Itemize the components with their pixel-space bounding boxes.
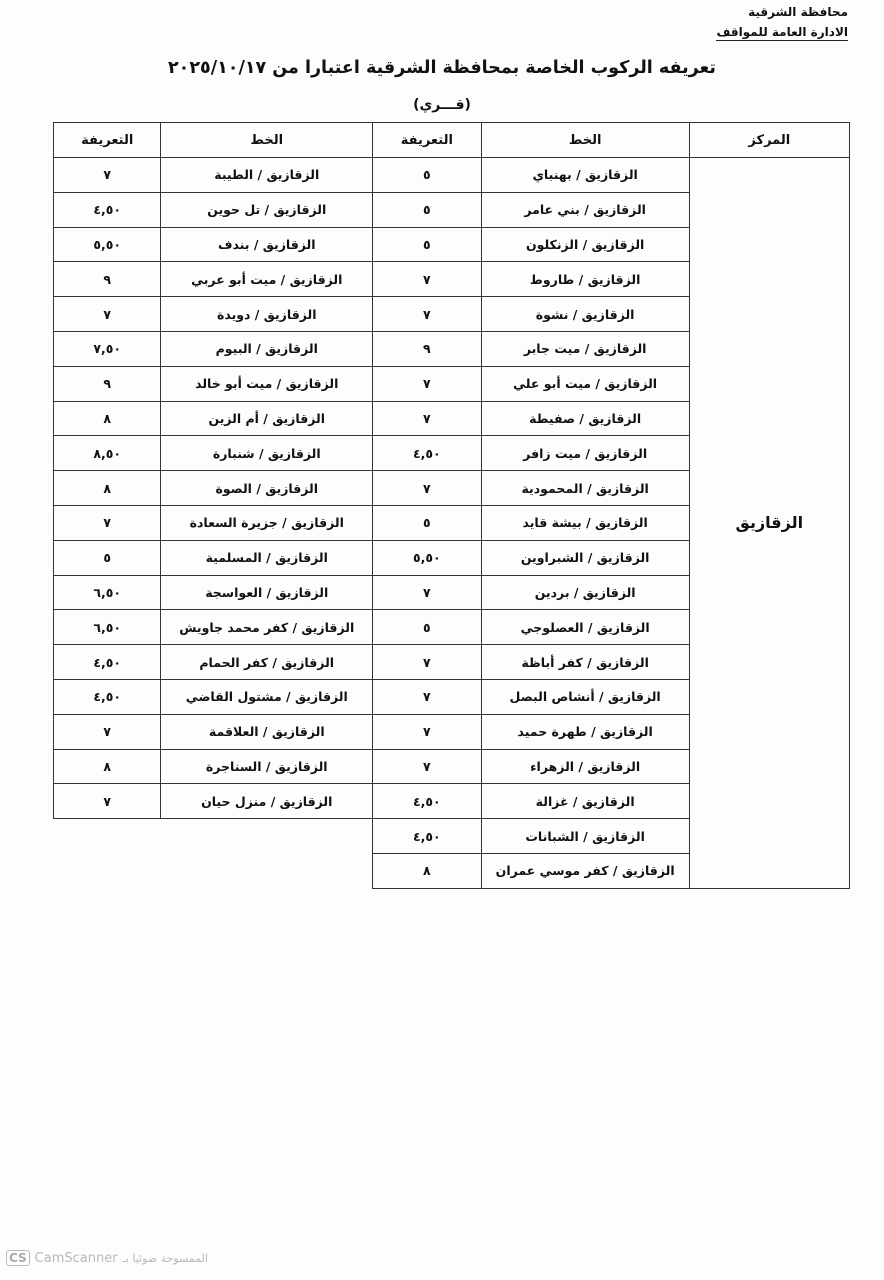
route-cell: الزقازيق / نشوة xyxy=(481,297,689,332)
table-row: الزقازيق / كفر الحمام٤,٥٠ xyxy=(54,645,373,680)
table-header-row: المركز الخط التعريفة xyxy=(373,123,850,158)
scanner-watermark: CS CamScanner الممسوحة ضوئيا بـ xyxy=(6,1250,208,1266)
route-cell: الزقازيق / العواسجة xyxy=(161,575,373,610)
route-cell: الزقازيق / الزهراء xyxy=(481,749,689,784)
fare-cell: ٨ xyxy=(54,471,161,506)
route-cell: الزقازيق / صفيطة xyxy=(481,401,689,436)
route-cell: الزقازيق / بندف xyxy=(161,227,373,262)
route-cell: الزقازيق / البيوم xyxy=(161,331,373,366)
fare-cell: ٧ xyxy=(373,645,482,680)
fare-cell: ٨ xyxy=(54,749,161,784)
fare-cell: ٧ xyxy=(373,575,482,610)
route-cell: الزقازيق / تل حوين xyxy=(161,192,373,227)
route-cell: الزقازيق / المسلمية xyxy=(161,540,373,575)
fare-cell: ٥,٥٠ xyxy=(54,227,161,262)
route-cell: الزقازيق / ميت زافر xyxy=(481,436,689,471)
table-row: الزقازيق / بندف٥,٥٠ xyxy=(54,227,373,262)
fare-cell: ٧ xyxy=(373,714,482,749)
route-cell: الزقازيق / طهرة حميد xyxy=(481,714,689,749)
route-cell: الزقازيق / كفر أباظة xyxy=(481,645,689,680)
route-cell: الزقازيق / الشبانات xyxy=(481,819,689,854)
route-cell: الزقازيق / بيشة قايد xyxy=(481,505,689,540)
fare-cell: ٧ xyxy=(54,714,161,749)
route-cell: الزقازيق / العلاقمة xyxy=(161,714,373,749)
route-cell: الزقازيق / ميت أبو علي xyxy=(481,366,689,401)
route-cell: الزقازيق / شنبارة xyxy=(161,436,373,471)
fare-cell: ٤,٥٠ xyxy=(54,192,161,227)
route-cell: الزقازيق / جزيرة السعادة xyxy=(161,505,373,540)
fare-table-right-group: المركز الخط التعريفة الزقازيقالزقازيق / … xyxy=(372,122,850,889)
route-cell: الزقازيق / كفر الحمام xyxy=(161,645,373,680)
route-cell: الزقازيق / السناجرة xyxy=(161,749,373,784)
fare-cell: ٥ xyxy=(373,505,482,540)
route-cell: الزقازيق / الصوة xyxy=(161,471,373,506)
route-cell: الزقازيق / مشتول القاضي xyxy=(161,679,373,714)
table-row: الزقازيق / دويدة٧ xyxy=(54,297,373,332)
table-row: الزقازيق / المسلمية٥ xyxy=(54,540,373,575)
table-header-row: الخط التعريفة xyxy=(54,123,373,158)
table-row: الزقازيق / منزل حيان٧ xyxy=(54,784,373,819)
table-row: الزقازيق / ميت أبو عربي٩ xyxy=(54,262,373,297)
camscanner-logo-icon: CS xyxy=(6,1250,30,1266)
table-row: الزقازيق / ميت أبو خالد٩ xyxy=(54,366,373,401)
table-row: الزقازيق / الصوة٨ xyxy=(54,471,373,506)
route-cell: الزقازيق / ميت أبو عربي xyxy=(161,262,373,297)
fare-cell: ٤,٥٠ xyxy=(373,819,482,854)
fare-cell: ٦,٥٠ xyxy=(54,610,161,645)
route-cell: الزقازيق / كفر موسي عمران xyxy=(481,853,689,888)
route-cell: الزقازيق / ميت جابر xyxy=(481,331,689,366)
fare-cell: ٦,٥٠ xyxy=(54,575,161,610)
table-row: الزقازيق / أم الزين٨ xyxy=(54,401,373,436)
column-header-route: الخط xyxy=(481,123,689,158)
fare-cell: ٨ xyxy=(373,853,482,888)
fare-cell: ٩ xyxy=(54,262,161,297)
route-cell: الزقازيق / دويدة xyxy=(161,297,373,332)
watermark-arabic-text: الممسوحة ضوئيا بـ xyxy=(123,1252,208,1265)
route-cell: الزقازيق / الزنكلون xyxy=(481,227,689,262)
column-header-center: المركز xyxy=(689,123,849,158)
route-cell: الزقازيق / أم الزين xyxy=(161,401,373,436)
table-row: الزقازيق / تل حوين٤,٥٠ xyxy=(54,192,373,227)
fare-cell: ٨ xyxy=(54,401,161,436)
table-row: الزقازيق / العواسجة٦,٥٠ xyxy=(54,575,373,610)
watermark-brand: CamScanner xyxy=(35,1251,118,1266)
route-cell: الزقازيق / العصلوجي xyxy=(481,610,689,645)
fare-cell: ٥ xyxy=(373,227,482,262)
fare-cell: ٤,٥٠ xyxy=(54,679,161,714)
department-name: الادارة العامة للمواقف xyxy=(716,25,848,41)
route-cell: الزقازيق / المحمودية xyxy=(481,471,689,506)
table-row: الزقازيق / العلاقمة٧ xyxy=(54,714,373,749)
fare-cell: ٧ xyxy=(373,366,482,401)
route-cell: الزقازيق / منزل حيان xyxy=(161,784,373,819)
route-cell: الزقازيق / بهنباي xyxy=(481,158,689,193)
fare-cell: ٤,٥٠ xyxy=(373,784,482,819)
fare-cell: ٧ xyxy=(54,297,161,332)
table-row: الزقازيق / جزيرة السعادة٧ xyxy=(54,505,373,540)
table-row: الزقازيقالزقازيق / بهنباي٥ xyxy=(373,158,850,193)
column-header-fare: التعريفة xyxy=(373,123,482,158)
route-cell: الزقازيق / كفر محمد جاويش xyxy=(161,610,373,645)
fare-cell: ٥ xyxy=(373,192,482,227)
route-cell: الزقازيق / غزالة xyxy=(481,784,689,819)
fare-cell: ٧ xyxy=(54,158,161,193)
route-cell: الزقازيق / الشبراوين xyxy=(481,540,689,575)
table-row: الزقازيق / مشتول القاضي٤,٥٠ xyxy=(54,679,373,714)
table-row: الزقازيق / البيوم٧,٥٠ xyxy=(54,331,373,366)
column-header-route: الخط xyxy=(161,123,373,158)
route-cell: الزقازيق / بردين xyxy=(481,575,689,610)
fare-cell: ٧ xyxy=(54,505,161,540)
table-row: الزقازيق / شنبارة٨,٥٠ xyxy=(54,436,373,471)
table-row: الزقازيق / الطيبة٧ xyxy=(54,158,373,193)
center-name-cell: الزقازيق xyxy=(689,158,849,889)
document-subtitle: (قـــري) xyxy=(0,97,884,113)
fare-cell: ٨,٥٠ xyxy=(54,436,161,471)
fare-cell: ٥ xyxy=(373,158,482,193)
fare-cell: ٩ xyxy=(373,331,482,366)
route-cell: الزقازيق / الطيبة xyxy=(161,158,373,193)
fare-cell: ٥,٥٠ xyxy=(373,540,482,575)
organization-name: محافظة الشرقية xyxy=(748,5,848,19)
fare-cell: ٧,٥٠ xyxy=(54,331,161,366)
route-cell: الزقازيق / بني عامر xyxy=(481,192,689,227)
fare-cell: ٥ xyxy=(373,610,482,645)
route-cell: الزقازيق / طاروط xyxy=(481,262,689,297)
fare-cell: ٥ xyxy=(54,540,161,575)
fare-table-left-group: الخط التعريفة الزقازيق / الطيبة٧الزقازيق… xyxy=(53,122,373,819)
fare-cell: ٤,٥٠ xyxy=(373,436,482,471)
fare-cell: ٧ xyxy=(373,471,482,506)
fare-cell: ٧ xyxy=(373,679,482,714)
table-row: الزقازيق / السناجرة٨ xyxy=(54,749,373,784)
fare-cell: ٧ xyxy=(373,401,482,436)
document-title: تعريفه الركوب الخاصة بمحافظة الشرقية اعت… xyxy=(0,58,884,78)
route-cell: الزقازيق / أنشاص البصل xyxy=(481,679,689,714)
fare-cell: ٩ xyxy=(54,366,161,401)
route-cell: الزقازيق / ميت أبو خالد xyxy=(161,366,373,401)
fare-cell: ٧ xyxy=(373,297,482,332)
column-header-fare: التعريفة xyxy=(54,123,161,158)
fare-cell: ٤,٥٠ xyxy=(54,645,161,680)
fare-cell: ٧ xyxy=(54,784,161,819)
fare-cell: ٧ xyxy=(373,749,482,784)
fare-cell: ٧ xyxy=(373,262,482,297)
table-row: الزقازيق / كفر محمد جاويش٦,٥٠ xyxy=(54,610,373,645)
